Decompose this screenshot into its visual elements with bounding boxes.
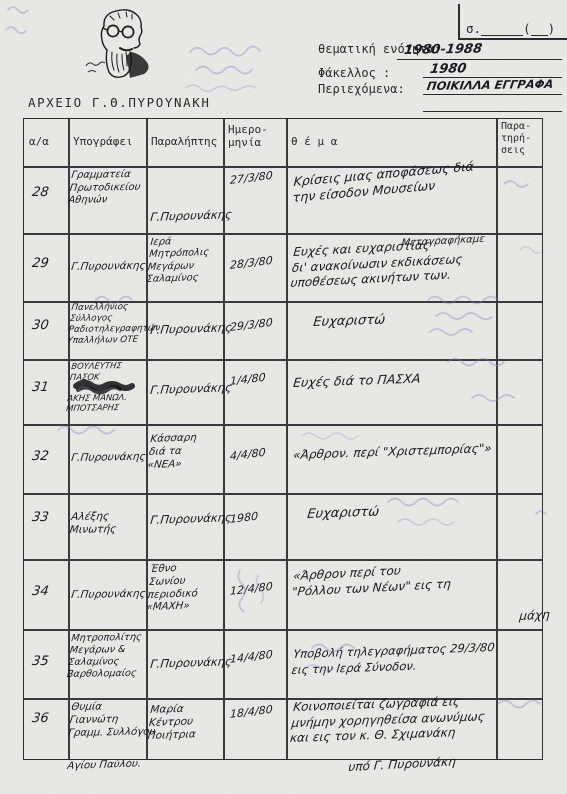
row-35-date: 14/4/80 (230, 648, 273, 667)
close-paren: ) (548, 21, 556, 36)
row-29-date: 28/3/80 (230, 254, 273, 273)
row-28-signer: Γραμματεία Πρωτοδικείου Αθηνών (67, 169, 142, 208)
open-paren: ( (523, 21, 531, 36)
page-number-sub-blank (531, 24, 548, 36)
col-header-no: α/α (29, 135, 49, 148)
row-35-signer: Μητροπολίτης Μεγάρων & Σαλαμίνος Βαρθολο… (66, 632, 142, 681)
col-header-subject: θ έ μ α (291, 135, 337, 148)
row-34-subject-overflow: μάχη (519, 607, 551, 623)
contents-label: Περιεχόμενα: (318, 82, 405, 96)
row-29-subject-annotation: Μεταγραφήκαμε (401, 233, 485, 251)
row-31-signer: ΒΟΥΛΕΥΤΗΣ ΠΑΣΟΚ ΑΚΗΣ ΜΑΝΩΛ. ΜΠΟΤΣΑΡΗΣ (66, 360, 132, 414)
row-31-recipient: Γ.Πυρουνάκης (149, 380, 232, 397)
empty-line (423, 111, 562, 112)
col-header-recipient: Παραλήπτης (151, 135, 217, 148)
page-number-blank (481, 24, 523, 36)
column-divider (146, 119, 148, 759)
row-divider (24, 559, 542, 561)
row-34-signer: Γ.Πυρουνάκης (70, 588, 146, 602)
register-table: α/αΥπογράφειΠαραλήπτηςΗμερο- μηνίαθ έ μ … (23, 118, 543, 760)
contents-line (423, 94, 562, 95)
thematic-unit-line (397, 59, 562, 60)
row-33-recipient: Γ.Πυρουνάκης (149, 510, 232, 527)
col-header-date: Ημερο- μηνία (228, 123, 268, 149)
row-divider (24, 424, 542, 426)
page-number-box: σ. ( ) (458, 4, 567, 40)
row-31-date: 1/4/80 (230, 371, 266, 389)
column-divider (496, 119, 498, 759)
row-29-signer: Γ.Πυρουνάκης (70, 260, 146, 274)
row-33-no: 33 (31, 511, 50, 525)
row-35-recipient: Γ.Πυρουνάκης (149, 654, 232, 671)
row-divider (24, 629, 542, 631)
contents-value: ΠΟΙΚΙΛΛΑ ΕΓΓΡΑΦΑ (426, 77, 554, 93)
row-36-signer: Θυμία Γιαννώτη Γραμμ. Συλλόγου (67, 700, 159, 740)
row-30-signer: Πανελλήνιος Σύλλογος Ραδιοτηλεγραφητών Υ… (67, 301, 164, 347)
row-35-no: 35 (31, 655, 50, 669)
thematic-unit-value: 1980-1988 (403, 42, 483, 58)
row-31-subject: Ευχές διά το ΠΑΣΧΑ (292, 371, 421, 391)
row-34-date: 12/4/80 (230, 580, 273, 599)
folder-label: Φάκελλος : (318, 66, 390, 80)
row-29-recipient: Ιερά Μητρόπολις Μεγάρων Σαλαμίνος (146, 235, 211, 286)
row-32-signer: Γ.Πυρουνάκης (70, 451, 146, 465)
page-number-prefix: σ. (466, 21, 481, 36)
row-29-no: 29 (31, 257, 50, 271)
row-33-date: 1980 (230, 510, 259, 527)
artist-signature (86, 62, 105, 72)
row-36-subject-overflow: υπό Γ. Πυρουνάκη (348, 754, 457, 774)
row-33-subject: Ευχαριστώ (306, 505, 380, 523)
row-32-no: 32 (31, 450, 50, 464)
col-header-notes: Παρα- τηρή- σεις (501, 121, 531, 157)
folder-value: 1980 (429, 61, 467, 77)
row-36-no: 36 (31, 712, 50, 726)
row-36-subject: Κοινοποιείται ζωγραφιά εις μνήμην χορηγη… (289, 693, 487, 746)
row-35-subject: Υποβολή τηλεγραφήματος 29/3/80 εις την Ι… (291, 640, 496, 678)
row-30-date: 29/3/80 (230, 316, 273, 335)
row-32-recipient: Κάσσαρη διά τα «ΝΕΑ» (147, 432, 197, 472)
row-30-no: 30 (31, 319, 50, 333)
row-28-date: 27/3/80 (230, 169, 273, 188)
row-34-subject: «Άρθρον περί του "Ρόλλου των Νέων" εις τ… (291, 561, 453, 600)
row-30-subject: Ευχαριστώ (312, 313, 386, 331)
row-28-recipient: Γ.Πυρουνάκης (149, 207, 232, 224)
row-34-recipient: Έθνο Σωνίου περιοδικό «ΜΑΧΗ» (146, 562, 201, 615)
row-34-no: 34 (31, 585, 50, 599)
row-36-signer-overflow: Αγίου Παύλου. (67, 757, 142, 774)
archive-title: ΑΡΧΕΙΟ Γ.Θ.ΠΥΡΟΥΝΑΚΗ (28, 95, 211, 110)
row-divider (24, 493, 542, 495)
row-33-signer: Αλέξης Μινωτής (69, 510, 119, 537)
scanned-register-page: ΑΡΧΕΙΟ Γ.Θ.ΠΥΡΟΥΝΑΚΗ σ. ( ) θεματική ενό… (0, 0, 567, 794)
row-36-recipient: Μαρία Κέντρου Ποιήτρια (147, 702, 199, 743)
col-header-signer: Υπογράφει (73, 135, 133, 148)
row-28-no: 28 (31, 186, 50, 200)
portrait-sketch-icon (74, 4, 166, 92)
row-32-date: 4/4/80 (230, 446, 266, 464)
row-30-recipient: Γ.Πυρουνάκης (149, 320, 232, 337)
column-divider (286, 119, 288, 759)
row-32-subject: «Άρθρον. περί "Χριστεμπορίας"» (292, 441, 492, 463)
row-31-no: 31 (31, 381, 50, 395)
row-36-date: 18/4/80 (230, 703, 273, 722)
